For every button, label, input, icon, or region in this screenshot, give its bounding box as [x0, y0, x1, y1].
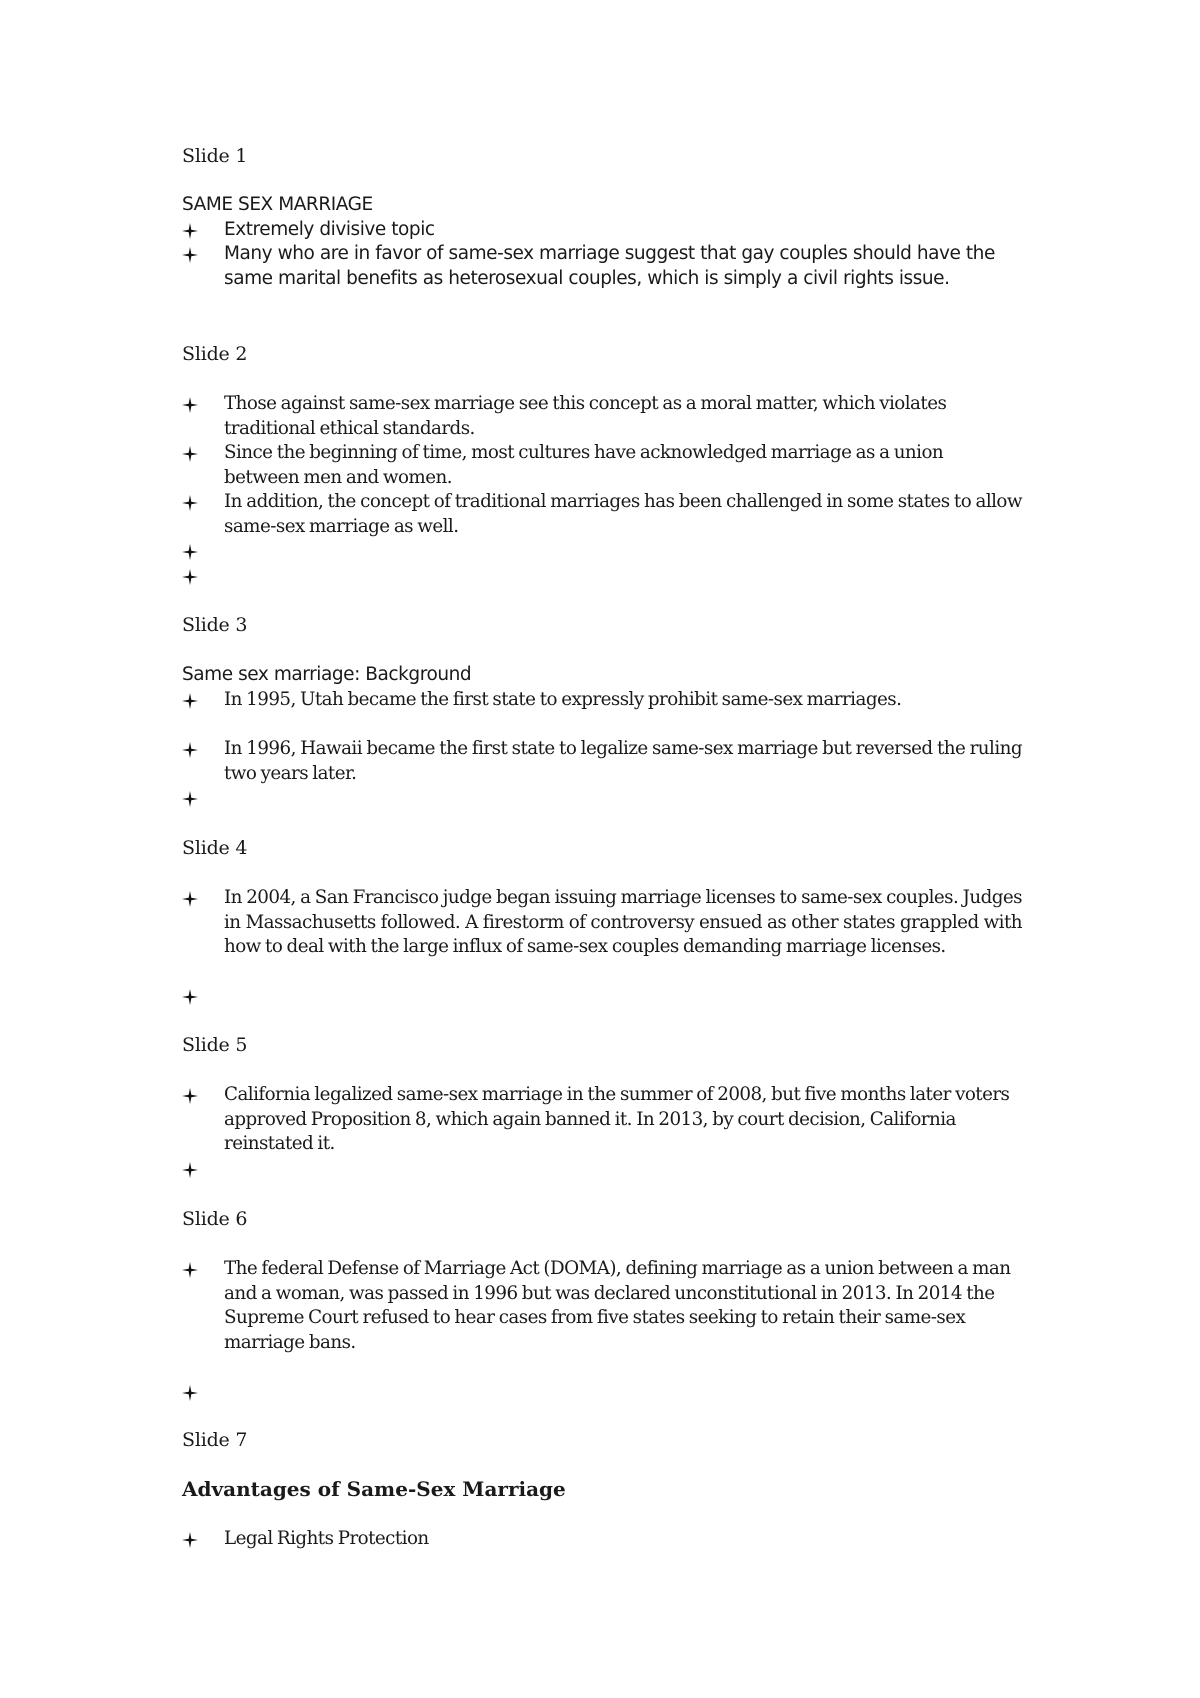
bullet-text: Those against same-sex marriage see this… [224, 392, 1022, 441]
slide-label: Slide 7 [182, 1429, 247, 1451]
four-point-star-icon [182, 441, 202, 465]
four-point-star-icon [182, 1083, 202, 1107]
four-point-star-icon [182, 218, 202, 242]
four-point-star-icon [182, 564, 202, 588]
bullet-text: Many who are in favor of same-sex marria… [224, 242, 1022, 291]
slide-label: Slide 5 [182, 1034, 247, 1056]
slide-heading: SAME SEX MARRIAGE [182, 194, 373, 215]
four-point-star-icon [182, 1257, 202, 1281]
bullet-text: Since the beginning of time, most cultur… [224, 441, 1022, 490]
four-point-star-icon [182, 490, 202, 514]
slide-label: Slide 2 [182, 343, 247, 365]
four-point-star-icon [182, 242, 202, 266]
four-point-star-icon [182, 886, 202, 910]
bullet-text: In 1995, Utah became the first state to … [224, 688, 1022, 713]
bullet-text: In 1996, Hawaii became the first state t… [224, 737, 1022, 786]
slide-label: Slide 4 [182, 837, 247, 859]
bullet-text: Legal Rights Protection [224, 1527, 1022, 1552]
bullet-text: In 2004, a San Francisco judge began iss… [224, 886, 1022, 960]
slide-heading: Advantages of Same-Sex Marriage [182, 1477, 566, 1501]
slide-label: Slide 6 [182, 1208, 247, 1230]
four-point-star-icon [182, 786, 202, 810]
slide-label: Slide 1 [182, 145, 247, 167]
four-point-star-icon [182, 1527, 202, 1551]
document-page: Slide 1 SAME SEX MARRIAGE Extremely divi… [0, 0, 1200, 1698]
bullet-text: In addition, the concept of traditional … [224, 490, 1022, 539]
four-point-star-icon [182, 1380, 202, 1404]
four-point-star-icon [182, 688, 202, 712]
four-point-star-icon [182, 984, 202, 1008]
four-point-star-icon [182, 392, 202, 416]
bullet-text: California legalized same-sex marriage i… [224, 1083, 1022, 1157]
slide-label: Slide 3 [182, 614, 247, 636]
bullet-text: Extremely divisive topic [224, 218, 1022, 243]
four-point-star-icon [182, 1157, 202, 1181]
four-point-star-icon [182, 737, 202, 761]
four-point-star-icon [182, 539, 202, 563]
bullet-text: The federal Defense of Marriage Act (DOM… [224, 1257, 1014, 1355]
slide-heading: Same sex marriage: Background [182, 664, 471, 685]
